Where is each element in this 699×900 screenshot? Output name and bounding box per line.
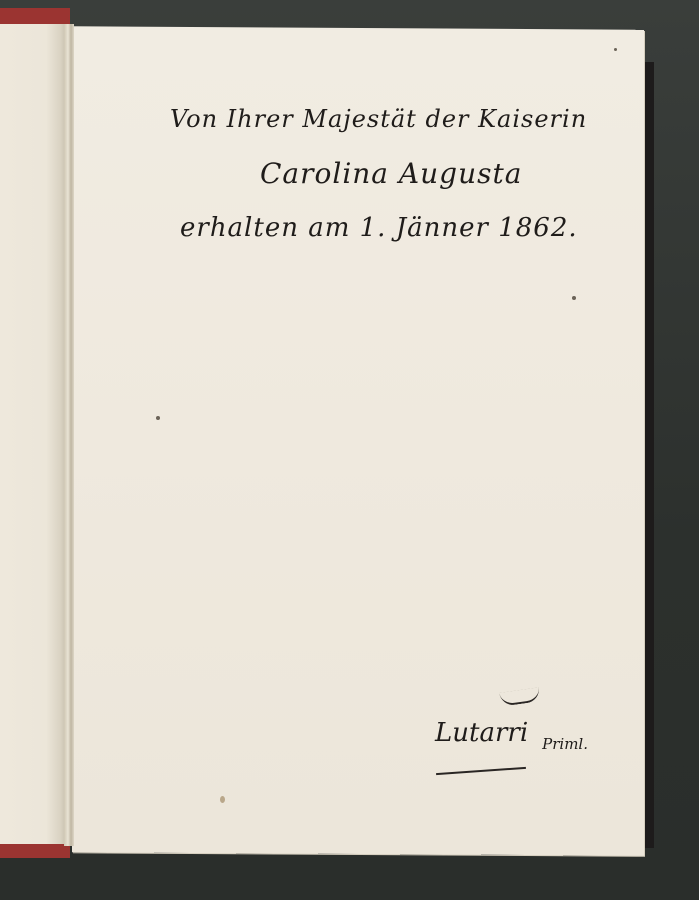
signature-suffix: Priml.	[542, 735, 588, 753]
book-gutter	[64, 24, 74, 846]
signature: LutarriPriml.	[435, 718, 588, 748]
inscription-line-2: Carolina Augusta	[260, 157, 522, 190]
inscription-line-1: Von Ihrer Majestät der Kaiserin	[170, 105, 587, 133]
inscription-line-3: erhalten am 1. Jänner 1862.	[180, 213, 578, 243]
paper-spot	[156, 416, 160, 420]
signature-name: Lutarri	[435, 718, 528, 748]
paper-stain	[220, 796, 225, 803]
paper-spot	[614, 48, 617, 51]
paper-spot	[572, 296, 576, 300]
left-page	[0, 24, 66, 844]
